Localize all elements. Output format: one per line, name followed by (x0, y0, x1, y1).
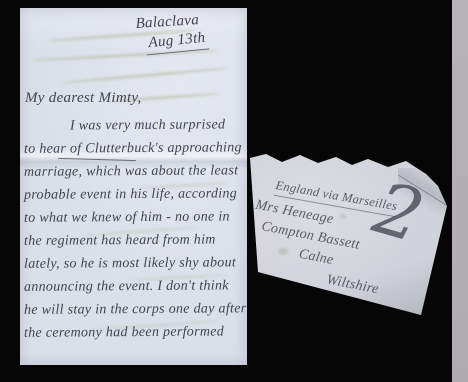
letter-page: Balaclava Aug 13th My dearest Mimty, I w… (20, 8, 247, 365)
photo-background-strip (452, 0, 468, 382)
letter-body-line: the ceremony had been performed (24, 320, 247, 345)
letter-body-line: lately, so he is most likely shy about (24, 251, 247, 276)
letter-body-line: he will stay in the corps one day after (24, 297, 247, 322)
letter-body-line: announcing the event. I don't think (24, 274, 247, 299)
letter-body-line: probable event in his life, according (24, 182, 247, 207)
postal-rate-mark: 2 (367, 171, 431, 253)
ink-bleedthrough-smudge (60, 67, 230, 85)
letter-body-line: to what we knew of him - no one in (24, 205, 247, 230)
letter-body: I was very much surprisedto hear of Clut… (24, 114, 247, 344)
letter-body-line: the regiment has heard from him (24, 228, 247, 253)
letter-body-line: marriage, which was about the least (24, 159, 247, 184)
envelope: England via Marseilles Mrs HeneageCompto… (248, 150, 453, 320)
letter-body-line: I was very much surprised (24, 113, 247, 138)
letter-salutation: My dearest Mimty, (25, 90, 142, 107)
photograph-of-letter-and-envelope: Balaclava Aug 13th My dearest Mimty, I w… (0, 0, 468, 382)
letter-heading: Balaclava Aug 13th (105, 9, 231, 56)
